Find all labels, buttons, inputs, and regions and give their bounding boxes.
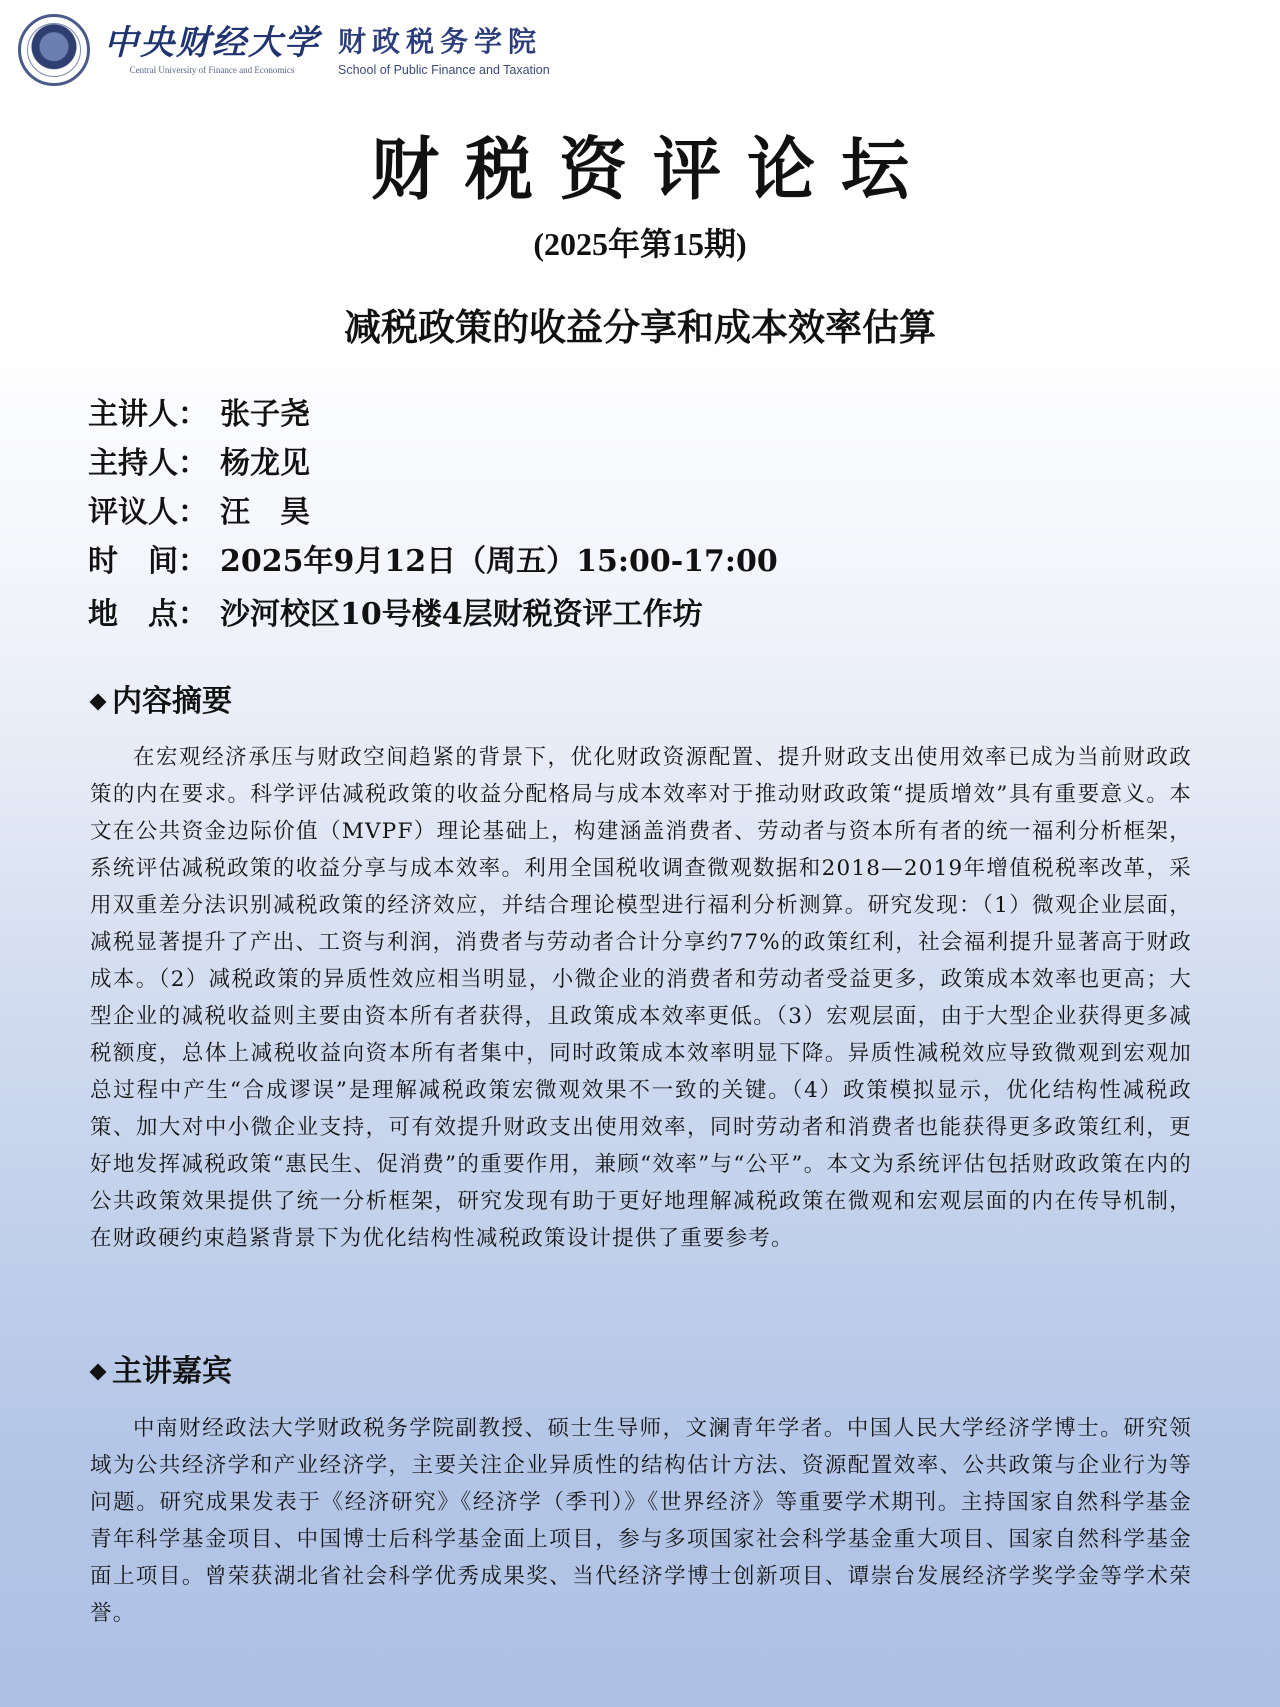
info-label: 评议人： xyxy=(88,488,220,537)
info-row-speaker: 主讲人： 张子尧 xyxy=(88,390,778,439)
info-label: 主持人： xyxy=(88,439,220,488)
diamond-bullet-icon xyxy=(90,1364,107,1381)
info-label: 时 间： xyxy=(88,537,220,586)
info-value: 汪 昊 xyxy=(220,488,310,537)
abstract-heading: 内容摘要 xyxy=(88,682,232,722)
speaker-heading-text: 主讲嘉宾 xyxy=(112,1352,232,1392)
lecture-topic: 减税政策的收益分享和成本效率估算 xyxy=(0,302,1280,352)
diamond-bullet-icon xyxy=(90,694,107,711)
school-name-cn: 财政税务学院 xyxy=(338,22,542,62)
abstract-paragraph: 在宏观经济承压与财政空间趋紧的背景下，优化财政资源配置、提升财政支出使用效率已成… xyxy=(90,739,1192,1257)
event-info: 主讲人： 张子尧 主持人： 杨龙见 评议人： 汪 昊 时 间： 2025年9月1… xyxy=(88,390,778,639)
school-logo: 财政税务学院 School of Public Finance and Taxa… xyxy=(338,22,550,78)
university-logo: 中央财经大学 Central University of Finance and… xyxy=(104,23,320,77)
info-value: 沙河校区10号楼4层财税资评工作坊 xyxy=(220,590,703,639)
info-label: 地 点： xyxy=(88,590,220,639)
info-row-discussant: 评议人： 汪 昊 xyxy=(88,488,778,537)
university-name-en: Central University of Finance and Econom… xyxy=(130,63,295,77)
info-value: 杨龙见 xyxy=(220,439,310,488)
forum-title: 财税资评论坛 xyxy=(0,130,1280,210)
school-name-en: School of Public Finance and Taxation xyxy=(338,62,550,78)
info-row-time: 时 间： 2025年9月12日（周五）15:00-17:00 xyxy=(88,537,778,586)
header: 中央财经大学 Central University of Finance and… xyxy=(18,8,550,92)
university-name-cn: 中央财经大学 xyxy=(104,23,320,63)
info-label: 主讲人： xyxy=(88,390,220,439)
info-value: 2025年9月12日（周五）15:00-17:00 xyxy=(220,537,778,586)
info-row-location: 地 点： 沙河校区10号楼4层财税资评工作坊 xyxy=(88,590,778,639)
info-row-host: 主持人： 杨龙见 xyxy=(88,439,778,488)
issue-number: (2025年第15期) xyxy=(0,222,1280,266)
abstract-heading-text: 内容摘要 xyxy=(112,682,232,722)
speaker-heading: 主讲嘉宾 xyxy=(88,1352,232,1392)
info-value: 张子尧 xyxy=(220,390,310,439)
speaker-bio-paragraph: 中南财经政法大学财政税务学院副教授、硕士生导师，文澜青年学者。中国人民大学经济学… xyxy=(90,1410,1192,1632)
university-emblem-icon xyxy=(18,14,90,86)
